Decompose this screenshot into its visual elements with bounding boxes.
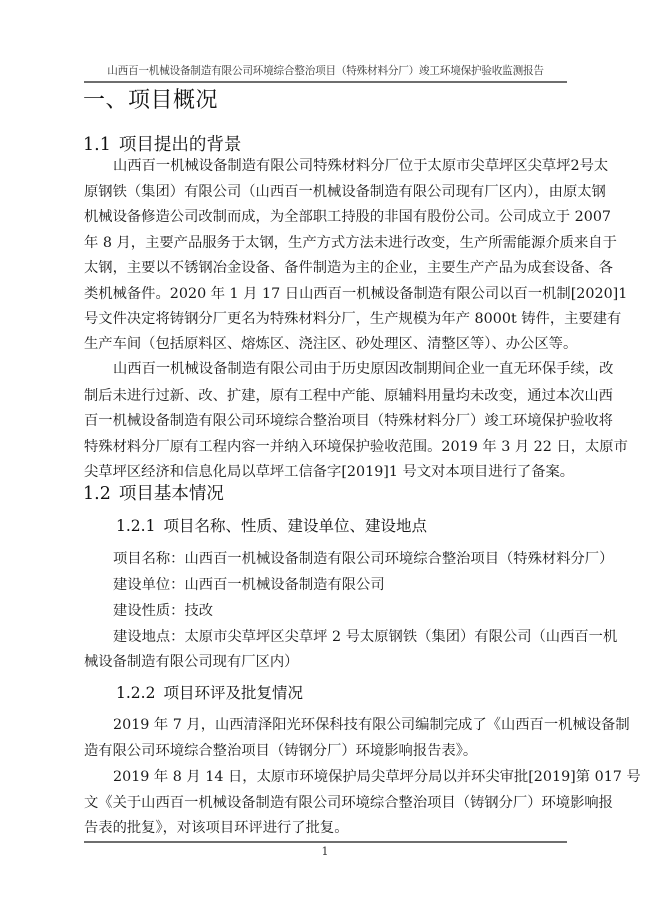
body-line: 造有限公司环境综合整治项目（铸钢分厂）环境影响报告表》。 bbox=[84, 740, 565, 762]
body-line: 机械设备修造公司改制而成，为全部职工持股的非国有股份公司。公司成立于 2007 bbox=[84, 206, 565, 228]
body-line: 原钢铁（集团）有限公司（山西百一机械设备制造有限公司现有厂区内），由原太钢 bbox=[84, 181, 565, 203]
page-number: 1 bbox=[0, 845, 650, 859]
body-line: 山西百一机械设备制造有限公司由于历史原因改制期间企业一直无环保手续，改 bbox=[113, 358, 565, 380]
field-label: 项目名称： bbox=[113, 551, 184, 567]
field-construction-unit: 建设单位：山西百一机械设备制造有限公司 bbox=[113, 574, 565, 596]
body-line: 告表的批复》，对该项目环评进行了批复。 bbox=[84, 817, 565, 839]
field-label: 建设单位： bbox=[113, 577, 184, 593]
section-heading-1-1: 1.1项目提出的背景 bbox=[83, 133, 241, 157]
body-line: 2019 年 7 月，山西清泽阳光环保科技有限公司编制完成了《山西百一机械设备制 bbox=[113, 714, 565, 736]
field-value: 山西百一机械设备制造有限公司环境综合整治项目（特殊材料分厂） bbox=[184, 551, 613, 567]
field-construction-nature: 建设性质：技改 bbox=[113, 600, 565, 622]
section-title: 项目基本情况 bbox=[119, 484, 224, 504]
subsection-title: 项目环评及批复情况 bbox=[163, 684, 303, 702]
body-line: 号文件决定将铸钢分厂更名为特殊材料分厂，生产规模为年产 8000t 铸件，主要建… bbox=[84, 308, 565, 330]
header-rule bbox=[84, 81, 567, 83]
body-line: 山西百一机械设备制造有限公司特殊材料分厂位于太原市尖草坪区尖草坪2号太 bbox=[113, 155, 565, 177]
field-value: 技改 bbox=[184, 603, 213, 619]
body-line: 2019 年 8 月 14 日，太原市环境保护局尖草坪分局以并环尖审批[2019… bbox=[113, 766, 565, 788]
field-label: 建设性质： bbox=[113, 603, 184, 619]
section-heading-1-2: 1.2项目基本情况 bbox=[83, 482, 224, 506]
field-value: 太原市尖草坪区尖草坪 2 号太原钢铁（集团）有限公司（山西百一机 bbox=[184, 629, 617, 645]
chapter-title: 项目概况 bbox=[128, 88, 218, 113]
body-line: 特殊材料分厂原有工程内容一并纳入环境保护验收范围。2019 年 3 月 22 日… bbox=[84, 436, 565, 458]
subsection-number: 1.2.1 bbox=[116, 515, 155, 537]
body-line: 文《关于山西百一机械设备制造有限公司环境综合整治项目（铸钢分厂）环境影响报 bbox=[84, 792, 565, 814]
body-line: 太钢，主要以不锈钢冶金设备、备件制造为主的企业，主要生产产品为成套设备、各 bbox=[84, 257, 565, 279]
body-line: 年 8 月，主要产品服务于太钢，生产方式方法未进行改变，生产所需能源介质来自于 bbox=[84, 232, 565, 254]
chapter-heading: 一、项目概况 bbox=[83, 87, 218, 115]
subsection-number: 1.2.2 bbox=[116, 682, 155, 704]
subsection-heading-1-2-2: 1.2.2项目环评及批复情况 bbox=[116, 682, 303, 704]
subsection-title: 项目名称、性质、建设单位、建设地点 bbox=[163, 517, 427, 535]
body-line: 类机械备件。2020 年 1 月 17 日山西百一机械设备制造有限公司以百一机制… bbox=[84, 283, 565, 305]
body-line: 百一机械设备制造有限公司环境综合整治项目（特殊材料分厂）竣工环境保护验收将 bbox=[84, 410, 565, 432]
field-value: 山西百一机械设备制造有限公司 bbox=[184, 577, 384, 593]
chapter-number: 一、 bbox=[83, 88, 128, 113]
body-line: 生产车间（包括原料区、熔炼区、浇注区、砂处理区、清整区等）、办公区等。 bbox=[84, 333, 565, 355]
field-location-continuation: 械设备制造有限公司现有厂区内） bbox=[84, 651, 565, 673]
footer-rule bbox=[84, 841, 567, 843]
field-construction-location: 建设地点：太原市尖草坪区尖草坪 2 号太原钢铁（集团）有限公司（山西百一机 bbox=[113, 626, 565, 648]
field-label: 建设地点： bbox=[113, 629, 184, 645]
running-header: 山西百一机械设备制造有限公司环境综合整治项目（特殊材料分厂）竣工环境保护验收监测… bbox=[84, 63, 567, 79]
section-number: 1.2 bbox=[83, 482, 111, 506]
document-page: 山西百一机械设备制造有限公司环境综合整治项目（特殊材料分厂）竣工环境保护验收监测… bbox=[0, 0, 650, 920]
body-line: 尖草坪区经济和信息化局以草坪工信备字[2019]1 号文对本项目进行了备案。 bbox=[84, 461, 565, 483]
subsection-heading-1-2-1: 1.2.1项目名称、性质、建设单位、建设地点 bbox=[116, 515, 427, 537]
section-number: 1.1 bbox=[83, 133, 111, 157]
field-project-name: 项目名称：山西百一机械设备制造有限公司环境综合整治项目（特殊材料分厂） bbox=[113, 548, 565, 570]
section-title: 项目提出的背景 bbox=[119, 135, 242, 155]
body-line: 制后未进行过新、改、扩建，原有工程中产能、原辅料用量均未改变，通过本次山西 bbox=[84, 385, 565, 407]
